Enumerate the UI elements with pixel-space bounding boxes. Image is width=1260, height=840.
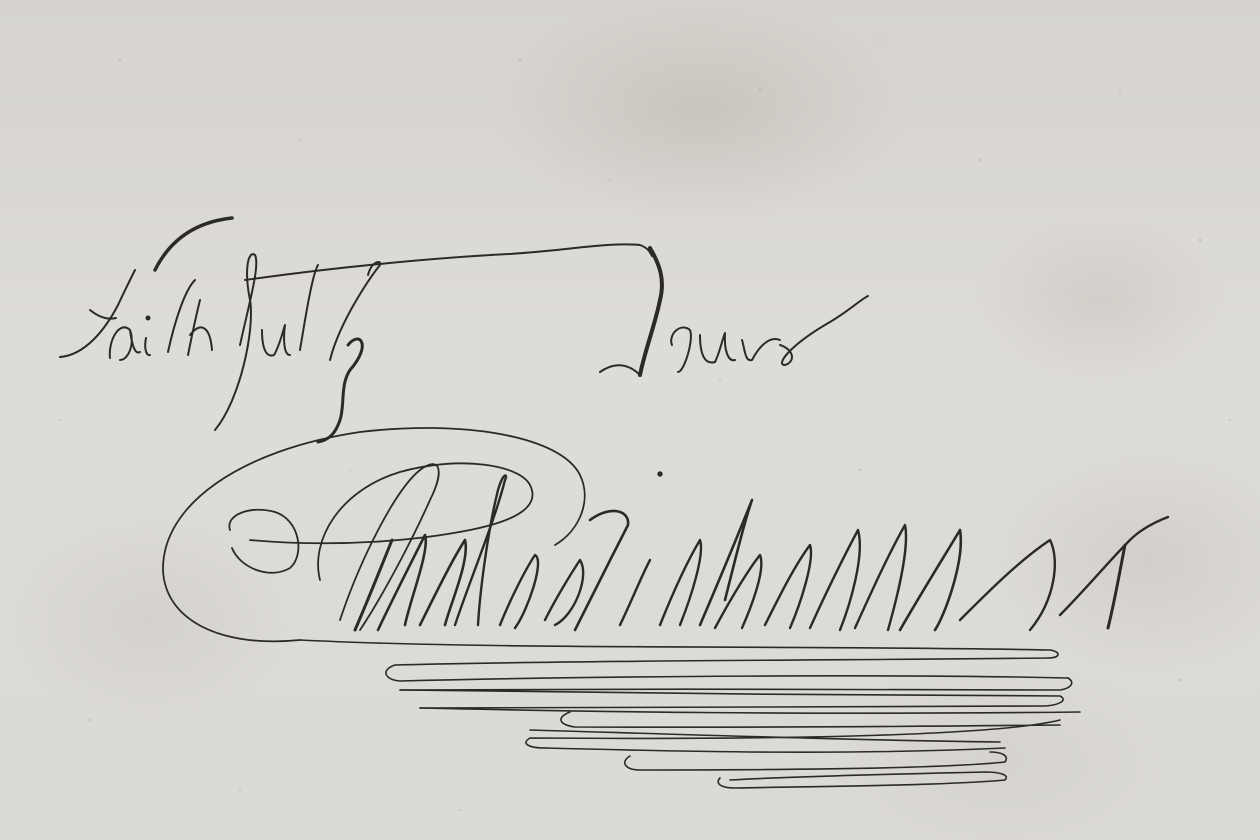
- handwriting: [0, 0, 1260, 840]
- signature-underline-flourish: [300, 640, 1080, 788]
- signature-charles-dickens: [163, 428, 1168, 641]
- closing-phrase-faithfully-yours: [60, 218, 868, 442]
- aged-paper-sheet: Faithfully Yours Charles Dickens: [0, 0, 1260, 840]
